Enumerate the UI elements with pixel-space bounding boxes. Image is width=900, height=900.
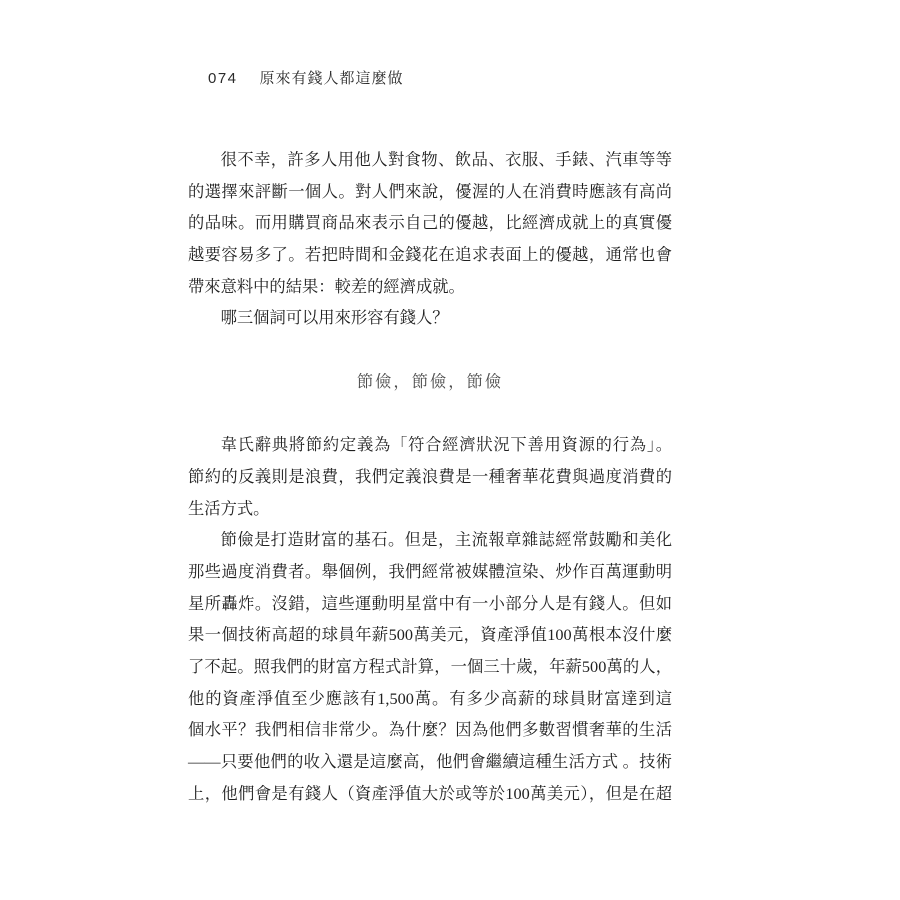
text-line: 帶來意料中的結果：較差的經濟成就。 (188, 271, 672, 303)
inset-quote: 節儉，節儉，節儉 (188, 366, 672, 398)
text-line: 的品味。而用購買商品來表示自己的優越，比經濟成就上的真實優 (188, 207, 672, 239)
text-line: 節儉是打造財富的基石。但是，主流報章雜誌經常鼓勵和美化 (188, 524, 672, 556)
book-page: 074 原來有錢人都這麼做 很不幸，許多人用他人對食物、飲品、衣服、手錶、汽車等… (0, 0, 900, 900)
text-line: 星所轟炸。沒錯，這些運動明星當中有一小部分人是有錢人。但如 (188, 588, 672, 620)
book-title: 原來有錢人都這麼做 (260, 70, 404, 88)
text-line: 韋氏辭典將節約定義為「符合經濟狀況下善用資源的行為」。 (188, 429, 672, 461)
text-line: 很不幸，許多人用他人對食物、飲品、衣服、手錶、汽車等等 (188, 144, 672, 176)
text-line: 個水平？我們相信非常少。為什麼？因為他們多數習慣奢華的生活 (188, 714, 672, 746)
text-line: 越要容易多了。若把時間和金錢花在追求表面上的優越，通常也會 (188, 239, 672, 271)
text-line: 那些過度消費者。舉個例，我們經常被媒體渲染、炒作百萬運動明 (188, 556, 672, 588)
text-line: 的選擇來評斷一個人。對人們來說，優渥的人在消費時應該有高尚 (188, 176, 672, 208)
page-header: 074 原來有錢人都這麼做 (208, 70, 404, 88)
text-line: 他的資產淨值至少應該有1,500萬。有多少高薪的球員財富達到這 (188, 683, 672, 715)
text-line: ——只要他們的收入還是這麼高，他們會繼續這種生活方式 。技術 (188, 746, 672, 778)
text-line: 了不起。照我們的財富方程式計算，一個三十歲，年薪500萬的人， (188, 651, 672, 683)
text-line: 節約的反義則是浪費，我們定義浪費是一種奢華花費與過度消費的 (188, 461, 672, 493)
page-number: 074 (208, 70, 238, 88)
text-line: 哪三個詞可以用來形容有錢人？ (188, 302, 672, 334)
text-line: 上，他們會是有錢人（資產淨值大於或等於100萬美元），但是在超 (188, 778, 672, 810)
text-line: 生活方式。 (188, 493, 672, 525)
page-body: 很不幸，許多人用他人對食物、飲品、衣服、手錶、汽車等等的選擇來評斷一個人。對人們… (188, 144, 672, 809)
text-line: 果一個技術高超的球員年薪500萬美元，資產淨值100萬根本沒什麼 (188, 619, 672, 651)
